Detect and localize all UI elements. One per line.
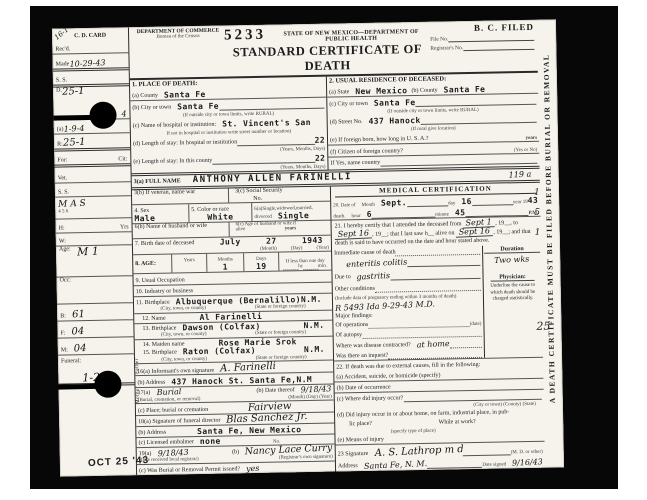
duration-value: Two wks bbox=[495, 256, 530, 266]
burial-place-label: (c) Place; burial or cremation bbox=[138, 407, 208, 415]
sex-value: Male bbox=[134, 214, 186, 223]
pod-stay-note2: (Years, Months, Days) bbox=[280, 164, 325, 170]
stub-age-value: M 1 bbox=[76, 246, 98, 258]
stub-age-label: Age: bbox=[59, 246, 71, 253]
registrar-no-label: Registrar's No. bbox=[430, 45, 463, 52]
certify-text-2: , 19__, to bbox=[495, 220, 518, 226]
stub-cit-label: Cit: bbox=[118, 156, 127, 163]
stub-vet-label: Vet. bbox=[58, 176, 68, 183]
stub-d-value: 25-1 bbox=[62, 87, 85, 98]
full-name-value: ANTHONY ALLEN FARINELLI bbox=[193, 173, 352, 185]
birth-note-year: (Year) bbox=[316, 245, 329, 251]
certificate-main: DEPARTMENT OF COMMERCE Bureau of the Cen… bbox=[129, 20, 545, 475]
registrar-note: (Registrar's own signature) bbox=[279, 455, 333, 461]
death-minute-value: 45 bbox=[455, 209, 466, 217]
stub-occ-label: Occ: bbox=[59, 277, 70, 284]
informant-signature: A. Farinelli bbox=[220, 362, 276, 374]
disposal-note: (Burial, cremation, or removal) bbox=[138, 397, 201, 404]
physician-label: Physician: bbox=[490, 274, 535, 282]
informant-addr-label: (b) Address bbox=[137, 380, 165, 387]
pod-county-label: (a) County bbox=[132, 93, 158, 100]
stub-b-value: 61 bbox=[72, 310, 85, 321]
veteran-label: 3(b) If veteran, name war bbox=[134, 188, 228, 197]
age-months-value: 1 bbox=[223, 263, 228, 271]
res-foreign-suffix: years bbox=[526, 135, 537, 141]
age-label: 8. AGE: bbox=[135, 260, 169, 268]
stub-w-label: W: bbox=[59, 239, 66, 246]
age-min-label: min. bbox=[318, 264, 327, 270]
stub-mas-numbers: 4 5 6 bbox=[58, 210, 68, 216]
mother-bp-note-state: (State or foreign country) bbox=[256, 355, 307, 361]
res-citizen-label: (f) Citizen of foreign country? bbox=[330, 148, 403, 156]
received-note: (Date received local registrar) bbox=[139, 457, 199, 464]
marital-value: Single bbox=[278, 212, 309, 221]
stub-r-label: R: bbox=[57, 142, 63, 149]
cause-of-death-block: Immediate cause of death enteritis colit… bbox=[332, 245, 543, 362]
duration-physician-column: Duration Two wks Physician: Underline th… bbox=[482, 245, 543, 358]
certify-text-5: occurred on the date and hour stated abo… bbox=[385, 238, 489, 246]
duration-label: Duration bbox=[484, 246, 540, 254]
inquest-label: Was there an inquest? bbox=[336, 353, 388, 361]
file-no-label: File No. bbox=[430, 36, 448, 42]
father-name-label: 12. Name bbox=[142, 316, 165, 323]
stub-ss2-label: S. S. bbox=[58, 189, 69, 196]
cd-card-stub: 16-1 C. D. CARD Rec'd. Made10-29-43 S. S… bbox=[52, 27, 137, 476]
underline-note: Underline the cause to which death shoul… bbox=[485, 283, 541, 303]
death-day-value: 16 bbox=[461, 198, 472, 206]
made-label: Made bbox=[56, 61, 70, 68]
stub-d-value2: 4 bbox=[121, 110, 126, 118]
margin-mark-4: 25 bbox=[536, 320, 550, 333]
age-days-value: 19 bbox=[256, 262, 267, 270]
personal-and-medical-columns: 3(b) If veteran, name war 3(c) Social Se… bbox=[132, 183, 545, 475]
informant-label: 16(a) Informant's own signature bbox=[137, 367, 214, 375]
pod-county-value: Santa Fe bbox=[164, 91, 206, 100]
stub-m-label: M: bbox=[61, 348, 68, 355]
stub-r-value: 25-1 bbox=[63, 138, 86, 149]
father-bp-note-state: (State or foreign country) bbox=[255, 330, 306, 336]
date-of-death-label2: death. bbox=[333, 214, 345, 220]
stub-h-label: H: bbox=[59, 226, 65, 233]
margin-mark-3: 1 bbox=[535, 228, 541, 238]
husband-age-suffix: years bbox=[285, 227, 296, 233]
stub-ss-label: S. S. bbox=[56, 77, 67, 84]
occupation-label: 9. Usual Occupation bbox=[136, 277, 185, 285]
embalmer-value: none bbox=[200, 438, 221, 446]
margin-mark-2: 5 bbox=[534, 208, 540, 218]
certify-paragraph: 21. I hereby certify that I attended the… bbox=[332, 217, 541, 249]
stub-f-label: F: bbox=[60, 331, 65, 338]
res-state-label: (a) State bbox=[329, 89, 349, 96]
full-name-label: 3(a) FULL NAME bbox=[134, 178, 181, 186]
res-state-value: New Mexico bbox=[355, 87, 407, 96]
last-saw-alive-value: Sept 16 bbox=[456, 227, 494, 238]
punch-hole-bottom bbox=[94, 370, 121, 397]
stub-a-label: (a) bbox=[57, 127, 64, 134]
recd-label: Rec'd. bbox=[55, 46, 70, 53]
form-title: STANDARD CERTIFICATE OF DEATH bbox=[224, 42, 431, 76]
physician-address-value: Santa Fe, N. M. bbox=[364, 460, 427, 471]
stub-for-label: For: bbox=[57, 158, 67, 165]
personal-column: 3(b) If veteran, name war 3(c) Social Se… bbox=[132, 187, 336, 476]
disposal-date-note: (Month) (Day) (Year) bbox=[288, 394, 331, 400]
bc-filed-stamp: B. C. FILED bbox=[430, 22, 534, 34]
marital-label2: divorced bbox=[254, 215, 272, 221]
margin-mark-1: 1 bbox=[534, 188, 540, 198]
made-value: 10-29-43 bbox=[69, 59, 105, 69]
stub-yrs-label: Yrs bbox=[120, 224, 129, 231]
pod-stay-county-value: 22 bbox=[315, 155, 326, 163]
certificate-header: DEPARTMENT OF COMMERCE Bureau of the Cen… bbox=[129, 20, 538, 80]
ssn-label: 3(c) Social Security bbox=[235, 187, 283, 195]
hour-label: hour bbox=[351, 214, 360, 220]
husband-label: 6(b) Name of husband or wife bbox=[135, 222, 229, 231]
death-certificate-document: 16-1 C. D. CARD Rec'd. Made10-29-43 S. S… bbox=[52, 19, 564, 476]
mother-bp-note-city: (City, town, or county) bbox=[161, 357, 207, 363]
birth-note-day: (Day) bbox=[291, 246, 303, 252]
date-signed-value: 9/16/43 bbox=[512, 459, 543, 468]
stub-f-value: 04 bbox=[71, 327, 84, 338]
embalmer-label: (c) Licensed embalmer bbox=[138, 439, 193, 447]
death-year-value: 43 bbox=[528, 197, 539, 205]
date-signed-label: Date signed bbox=[482, 462, 506, 468]
director-addr-label: (b) Address bbox=[138, 429, 166, 436]
birth-day-value: 27 bbox=[266, 238, 277, 246]
name-row-annotation: 119 a bbox=[509, 171, 532, 180]
race-value: White bbox=[207, 213, 233, 221]
pod-stay-hospital-value: 22 bbox=[315, 137, 326, 145]
husband-age-label2: alive bbox=[236, 228, 246, 234]
stub-a-value: 1-9-4 bbox=[63, 125, 84, 134]
birthplace-note-city: (City, town, or county) bbox=[160, 306, 206, 312]
medical-column: MEDICAL CERTIFICATION 20. Date of Month … bbox=[331, 183, 545, 472]
res-name-country-label: If Yes, name country bbox=[330, 160, 380, 168]
birth-note-month: (Month) bbox=[260, 246, 277, 252]
ext-b-label: (b) Date of occurrence bbox=[337, 385, 391, 393]
res-county-value: Santa Fe bbox=[444, 86, 486, 95]
father-bp-note-city: (City, town, or county) bbox=[161, 332, 207, 338]
stub-b-label: B: bbox=[60, 314, 66, 321]
physician-address-label: Address bbox=[338, 464, 358, 471]
minute-label: minute bbox=[435, 212, 449, 218]
stub-m-value: 04 bbox=[74, 344, 87, 355]
res-county-label: (b) County bbox=[411, 88, 437, 95]
ext-e-label: (e) Means of injury bbox=[337, 437, 384, 445]
burial-notice-vertical-text: A DEATH CERTIFICATE MUST BE FILED BEFORE… bbox=[541, 54, 556, 404]
section-usual-residence: 2. USUAL RESIDENCE OF DECEASED: (a) Stat… bbox=[327, 73, 540, 170]
section-place-of-death: 1. PLACE OF DEATH: (a) CountySanta Fe (b… bbox=[130, 77, 329, 174]
father-name-value: Al Farinelli bbox=[200, 313, 263, 322]
res-citizen-suffix: (Yes or No) bbox=[514, 147, 537, 153]
birthplace-note-state: (State or foreign country) bbox=[255, 304, 306, 310]
industry-label: 10. Industry or business bbox=[136, 288, 193, 296]
attended-to-value: Sept 16 bbox=[335, 229, 373, 240]
permit-value: yes bbox=[246, 465, 260, 474]
stub-mas-letters: M A S bbox=[58, 200, 86, 210]
certify-text-3: , 19__; that I last saw h__ alive on bbox=[372, 230, 455, 238]
certificate-number: 5233 bbox=[224, 27, 266, 45]
place-and-residence-band: 1. PLACE OF DEATH: (a) CountySanta Fe (b… bbox=[130, 73, 540, 176]
